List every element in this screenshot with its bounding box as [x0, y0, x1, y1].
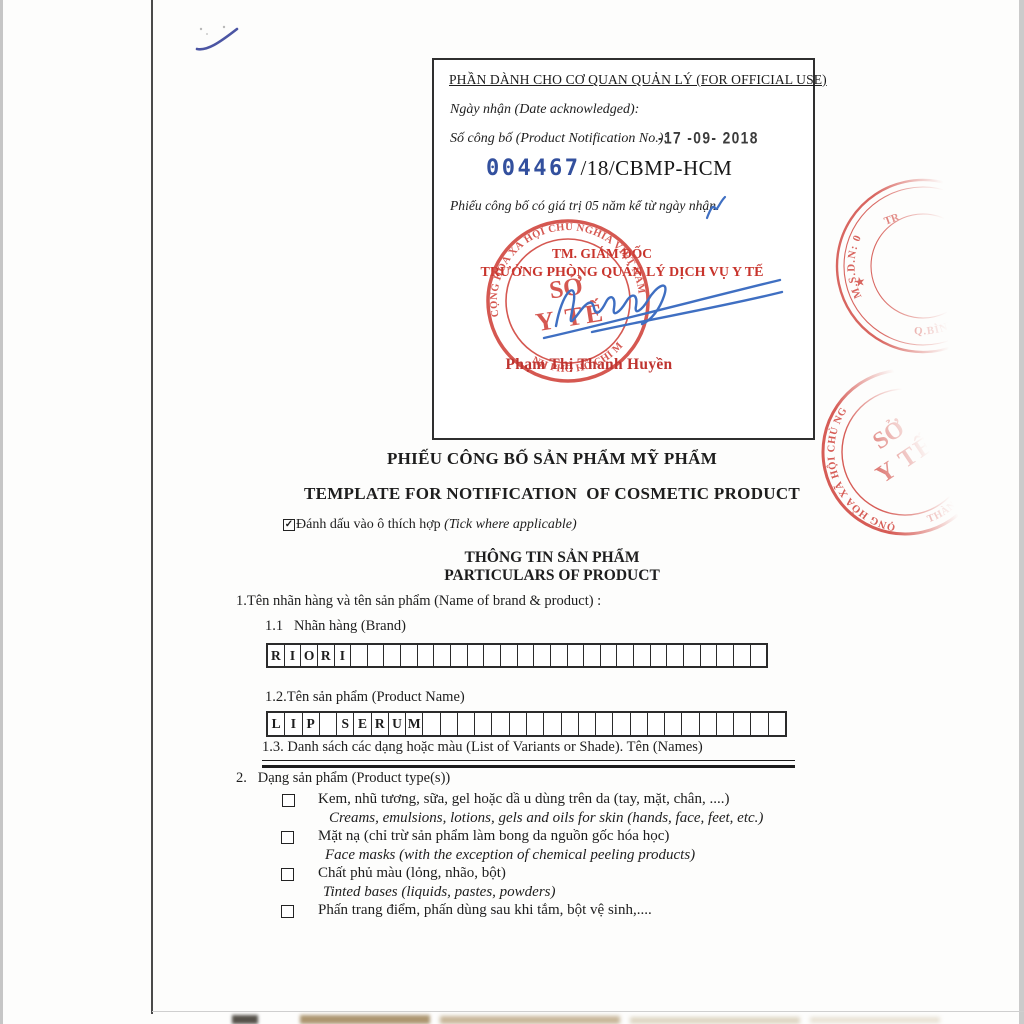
char-cell	[468, 645, 485, 666]
scan-edge-left	[0, 0, 3, 1024]
char-cell	[492, 713, 509, 735]
char-cell: P	[303, 713, 320, 735]
char-cell	[527, 713, 544, 735]
char-cell	[700, 713, 717, 735]
scanned-document-page: PHẦN DÀNH CHO CƠ QUAN QUẢN LÝ (FOR OFFIC…	[0, 0, 1024, 1024]
char-cell: S	[337, 713, 354, 735]
product-type-creams-en: Creams, emulsions, lotions, gels and oil…	[329, 810, 763, 827]
checked-checkbox-icon: ✓	[283, 519, 295, 531]
char-cell	[734, 645, 751, 666]
char-cell: I	[285, 713, 302, 735]
official-box-heading: PHẦN DÀNH CHO CƠ QUAN QUẢN LÝ (FOR OFFIC…	[449, 72, 827, 88]
next-page-fragment	[810, 1017, 940, 1023]
char-cell: I	[335, 645, 352, 666]
section2-heading: 2. Dạng sản phẩm (Product type(s))	[236, 770, 450, 787]
product-type-masks-vi: Mặt nạ (chỉ trừ sản phẩm làm bong da ngu…	[318, 828, 669, 845]
char-cell	[665, 713, 682, 735]
variants-divider	[262, 765, 795, 768]
tick-instruction: ✓ Đánh dấu vào ô thích hợp (Tick where a…	[283, 517, 577, 533]
char-cell	[562, 713, 579, 735]
char-cell	[368, 645, 385, 666]
char-cell: U	[389, 713, 406, 735]
char-cell	[518, 645, 535, 666]
brand-label: 1.1 Nhãn hàng (Brand)	[265, 618, 406, 635]
char-cell	[769, 713, 785, 735]
section1-heading: 1.Tên nhãn hàng và tên sản phẩm (Name of…	[236, 593, 601, 610]
document-title-vi: PHIẾU CÔNG BỐ SẢN PHẨM MỸ PHẨM	[232, 449, 872, 469]
char-cell	[544, 713, 561, 735]
product-type-creams-vi: Kem, nhũ tương, sữa, gel hoặc dầ u dùng …	[318, 791, 729, 808]
date-acknowledged-label: Ngày nhận (Date acknowledged):	[450, 102, 639, 118]
char-cell: M	[406, 713, 423, 735]
char-cell: R	[268, 645, 285, 666]
notification-number-stamped: 004467	[486, 156, 580, 181]
pen-mark-icon	[192, 22, 242, 54]
char-cell	[584, 645, 601, 666]
char-cell	[734, 713, 751, 735]
checkbox-face-masks	[281, 831, 294, 844]
next-page-fragment	[232, 1015, 258, 1024]
page-bottom-edge	[152, 1011, 1024, 1012]
char-cell	[579, 713, 596, 735]
char-cell	[458, 713, 475, 735]
char-cell	[682, 713, 699, 735]
char-cell	[418, 645, 435, 666]
char-cell	[601, 645, 618, 666]
product-type-tinted-en: Tinted bases (liquids, pastes, powders)	[323, 884, 556, 901]
tick-instruction-vi: Đánh dấu vào ô thích hợp	[296, 517, 444, 533]
char-cell	[434, 645, 451, 666]
notification-number: 004467 /18/CBMP-HCM	[486, 156, 732, 181]
char-cell	[423, 713, 440, 735]
scan-edge-right	[1019, 0, 1024, 1024]
company-stamp-inner-text: TR	[883, 211, 902, 228]
char-cell	[651, 645, 668, 666]
checkbox-creams	[282, 794, 295, 807]
document-title-en: TEMPLATE FOR NOTIFICATION OF COSMETIC PR…	[232, 484, 872, 504]
char-cell	[351, 645, 368, 666]
char-cell	[534, 645, 551, 666]
notification-number-suffix: /18/CBMP-HCM	[580, 156, 732, 181]
char-cell	[717, 645, 734, 666]
pen-tick-icon	[704, 194, 730, 222]
char-cell	[596, 713, 613, 735]
date-stamp: -17 -09- 2018	[658, 129, 759, 147]
char-cell	[613, 713, 630, 735]
product-letter-grid: LIPSERUM	[266, 711, 787, 737]
char-cell: R	[372, 713, 389, 735]
char-cell	[684, 645, 701, 666]
char-cell: O	[301, 645, 318, 666]
char-cell	[634, 645, 651, 666]
char-cell: L	[268, 713, 285, 735]
char-cell	[631, 713, 648, 735]
char-cell	[717, 713, 734, 735]
product-name-label: 1.2.Tên sản phẩm (Product Name)	[265, 689, 465, 706]
checkbox-tinted-bases	[281, 868, 294, 881]
company-stamp-star: ★	[854, 276, 866, 290]
char-cell	[384, 645, 401, 666]
next-page-fragment	[440, 1016, 620, 1024]
char-cell: R	[318, 645, 335, 666]
variants-label: 1.3. Danh sách các dạng hoặc màu (List o…	[262, 739, 795, 761]
char-cell	[441, 713, 458, 735]
char-cell	[551, 645, 568, 666]
char-cell	[501, 645, 518, 666]
char-cell	[751, 713, 768, 735]
notification-no-label: Số công bố (Product Notification No.):	[450, 131, 668, 147]
char-cell	[648, 713, 665, 735]
char-cell	[320, 713, 337, 735]
checkbox-powders	[281, 905, 294, 918]
char-cell	[484, 645, 501, 666]
char-cell: E	[354, 713, 371, 735]
product-type-tinted-vi: Chất phủ màu (lỏng, nhão, bột)	[318, 865, 506, 882]
product-type-powders-vi: Phấn trang điểm, phấn dùng sau khi tắm, …	[318, 902, 652, 919]
char-cell	[451, 645, 468, 666]
char-cell	[751, 645, 767, 666]
signer-name: Phạm Thị Thanh Huyền	[469, 356, 709, 374]
char-cell	[475, 713, 492, 735]
char-cell	[568, 645, 585, 666]
section-title-vi: THÔNG TIN SẢN PHẨM	[232, 549, 872, 567]
tick-instruction-en: (Tick where applicable)	[444, 517, 576, 533]
char-cell	[667, 645, 684, 666]
brand-letter-grid: RIORI	[266, 643, 768, 668]
section-title-en: PARTICULARS OF PRODUCT	[232, 567, 872, 585]
check-icon: ✓	[285, 520, 293, 530]
char-cell	[617, 645, 634, 666]
page-fold-line	[151, 0, 153, 1014]
char-cell: I	[285, 645, 302, 666]
char-cell	[401, 645, 418, 666]
signature	[536, 258, 788, 350]
product-type-masks-en: Face masks (with the exception of chemic…	[325, 847, 695, 864]
next-page-fragment	[630, 1017, 800, 1024]
next-page-fragment	[300, 1015, 430, 1024]
char-cell	[510, 713, 527, 735]
official-use-box: PHẦN DÀNH CHO CƠ QUAN QUẢN LÝ (FOR OFFIC…	[432, 58, 815, 440]
char-cell	[701, 645, 718, 666]
